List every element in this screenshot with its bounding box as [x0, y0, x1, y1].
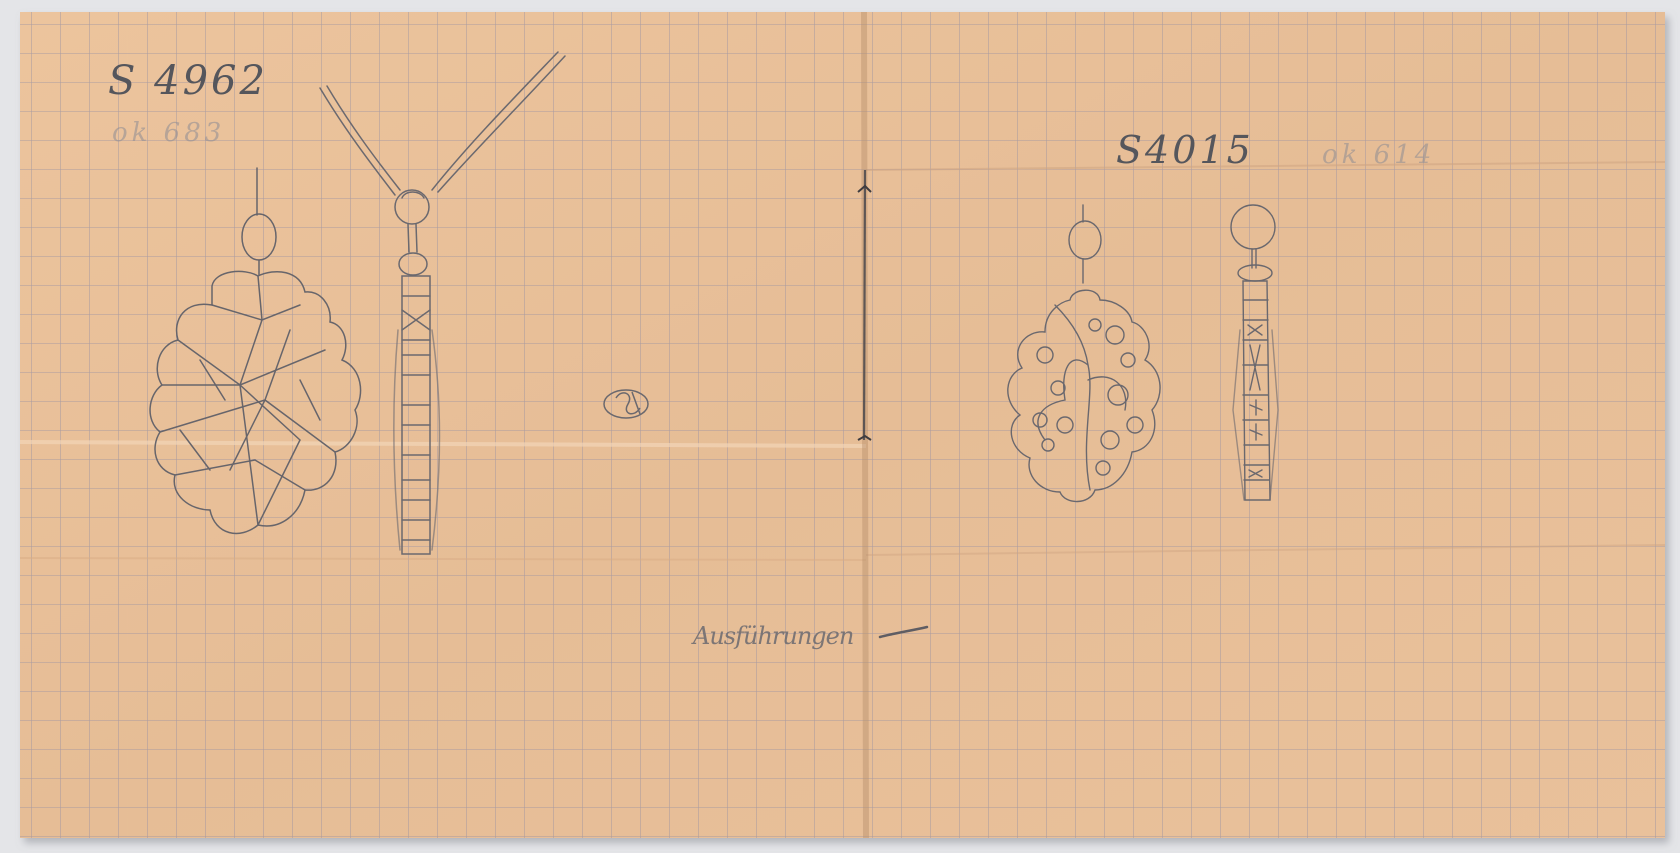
paper: [20, 12, 1665, 838]
right-design-code: S4015: [1116, 128, 1254, 172]
right-secondary-note: ok 614: [1322, 140, 1435, 170]
footer-script-word: Ausführungen: [693, 622, 853, 650]
left-secondary-note: ok 683: [112, 118, 225, 148]
scanned-sketch-sheet: [0, 0, 1680, 853]
left-design-code: S 4962: [108, 58, 268, 104]
